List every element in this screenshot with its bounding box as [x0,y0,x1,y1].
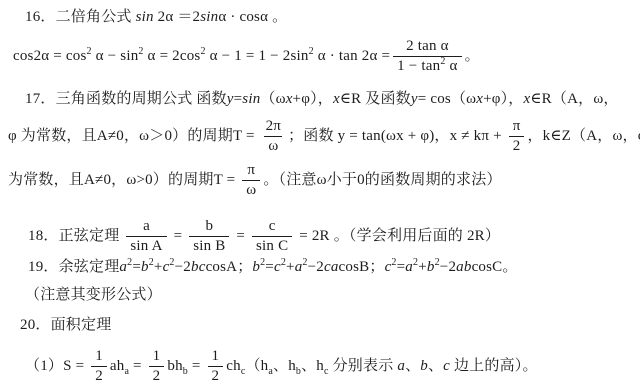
note-line-variant-formulas: （注意其变形公式） [25,286,162,305]
text-run: ah [110,358,125,374]
fraction: 2 tan α1 − tan2 α [393,38,461,76]
fraction-numerator: π [243,162,259,180]
text-run: α − 1 = 1 − 2sin [206,48,309,64]
fraction-denominator: sin B [189,236,229,255]
formula-line-18-law-of-sines: 18．正弦定理 asin A = bsin B = csin C = 2R 。（… [28,218,500,256]
text-run: 1 [212,348,220,364]
text-run: −2 [308,259,324,275]
text-run: α [446,58,458,74]
text-run: π [513,118,521,134]
fraction: 12 [91,348,107,386]
text-run: 为常数，且A≠0，ω>0）的周期T = [8,172,239,188]
text-run: 2 [153,368,161,384]
text-run: ω [246,182,256,198]
text-run: b [205,218,213,234]
text-run: −2 [175,259,191,275]
text-run: 、h [273,358,296,374]
fraction-denominator: 2 [149,366,165,385]
text-run: = [170,228,187,244]
text-run: 20．面积定理 [20,317,111,333]
text-run: = [265,259,274,275]
italic-text-run: y [411,91,418,107]
italic-text-run: sin [136,9,154,25]
text-run: = cos（ω [418,91,476,107]
text-run: 。 [465,48,480,64]
italic-text-run: x [333,91,340,107]
italic-text-run: b [252,259,260,275]
fraction: csin C [252,218,292,256]
italic-text-run: b [427,259,435,275]
text-run: 2π [266,118,281,134]
text-run: α · tan 2α = [314,48,390,64]
text-run: 2 [95,368,103,384]
text-run: 。（注意ω小于0的函数周期的求法） [263,172,501,188]
text-run: a [143,218,150,234]
text-run: sin B [193,238,225,254]
italic-text-run: sin [242,91,260,107]
text-run: 分别表示 [329,358,398,374]
text-run: （1）S = [25,358,88,374]
italic-text-run: c [443,358,450,374]
italic-text-run: a [119,259,127,275]
text-run: + [286,259,295,275]
fraction-numerator: π [509,118,525,136]
fraction-denominator: ω [242,180,260,199]
text-run: 2 [513,138,521,154]
text-run: 19．余弦定理 [28,259,119,275]
text-run: 边上的高）。 [450,358,538,374]
fraction-numerator: 1 [91,348,107,366]
text-run: −2 [440,259,456,275]
text-run: 18．正弦定理 [28,228,123,244]
text-run: ；函数 y = tan(ωx + φ)，x ≠ kπ + [288,128,506,144]
fraction: 12 [149,348,165,386]
text-run: c [269,218,276,234]
text-run: = [132,259,141,275]
fraction-numerator: b [201,218,217,236]
fraction-numerator: 2π [262,118,285,136]
text-run: ∈R（A，ω， [530,91,618,107]
formula-line-17-period-row3: 为常数，且A≠0，ω>0）的周期T = πω。（注意ω小于0的函数周期的求法） [8,162,502,200]
text-run: sin A [130,238,162,254]
text-run: 1 − tan [397,58,440,74]
italic-text-run: ab [456,259,471,275]
fraction: asin A [126,218,166,256]
text-run: φ 为常数，且A≠0，ω＞0）的周期T = [8,128,259,144]
fraction-denominator: 2 [91,366,107,385]
italic-text-run: bc [191,259,206,275]
text-run: α = 2cos [144,48,201,64]
italic-text-run: ca [324,259,339,275]
formula-line-17-period-row2: φ 为常数，且A≠0，ω＞0）的周期T = 2πω；函数 y = tan(ωx … [8,118,640,156]
text-run: cosA； [206,259,253,275]
fraction-denominator: 2 [509,136,525,155]
text-run: = [234,91,243,107]
text-run: sin C [256,238,288,254]
text-run: 2 [212,368,220,384]
text-run: cosC。 [472,259,518,275]
fraction: 2πω [262,118,285,156]
text-run: = [188,358,205,374]
formula-line-cos2a: cos2α = cos2 α − sin2 α = 2cos2 α − 1 = … [13,38,480,76]
fraction-denominator: ω [264,136,282,155]
text-run: = [129,358,146,374]
formula-line-20-1-area: （1）S = 12aha = 12bhb = 12chc（ha、hb、hc 分别… [25,348,538,386]
text-run: （注意其变形公式） [25,287,162,303]
text-run: α − sin [92,48,139,64]
italic-text-run: y [227,91,234,107]
fraction: π2 [509,118,525,156]
formula-line-17-period-row1: 17．三角函数的周期公式 函数y=sin（ωx+φ），x∈R 及函数y= cos… [25,90,619,109]
text-run: = [397,259,406,275]
text-run: + [154,259,163,275]
text-run: 、h [301,358,324,374]
text-run: cosB； [339,259,385,275]
text-run: 16．二倍角公式 [25,9,136,25]
fraction: 12 [208,348,224,386]
text-run: ch [226,358,241,374]
text-run: 1 [153,348,161,364]
document-page: 16．二倍角公式 sin 2α ＝2sinα · cosα 。cos2α = c… [0,0,640,390]
text-run: （h [245,358,268,374]
text-run: = [232,228,249,244]
fraction-denominator: sin A [126,236,166,255]
text-run: ，k∈Z（A，ω，φ [527,128,640,144]
text-run: + [418,259,427,275]
fraction-numerator: c [265,218,280,236]
text-run: +φ）， [483,91,523,107]
text-run: 2α ＝2 [154,9,201,25]
fraction-denominator: sin C [252,236,292,255]
text-run: bh [167,358,182,374]
text-run: +φ）， [293,91,333,107]
text-run: 、 [428,358,443,374]
italic-text-run: a [405,259,413,275]
text-run: （ω [260,91,285,107]
text-run: = 2R 。（学会利用后面的 2R） [295,228,500,244]
text-run: 1 [95,348,103,364]
text-run: π [247,162,255,178]
italic-text-run: a [397,358,405,374]
text-run: 17．三角函数的周期公式 函数 [25,91,227,107]
fraction-numerator: 1 [149,348,165,366]
math-formula-document: 16．二倍角公式 sin 2α ＝2sinα · cosα 。cos2α = c… [0,0,640,390]
fraction: bsin B [189,218,229,256]
text-run: ω [268,138,278,154]
fraction-numerator: 1 [208,348,224,366]
italic-text-run: sin [200,9,218,25]
text-run: cos2α = cos [13,48,87,64]
fraction-numerator: a [139,218,154,236]
fraction: πω [242,162,260,200]
formula-line-16-double-angle: 16．二倍角公式 sin 2α ＝2sinα · cosα 。 [25,8,287,27]
formula-line-20-area-theorem: 20．面积定理 [20,316,111,335]
fraction-denominator: 2 [208,366,224,385]
fraction-denominator: 1 − tan2 α [393,56,461,75]
text-run: 2 tan α [406,38,449,54]
formula-line-19-law-of-cosines: 19．余弦定理a2=b2+c2−2bccosA；b2=c2+a2−2cacosB… [28,258,518,277]
italic-text-run: b [141,259,149,275]
italic-text-run: x [286,91,293,107]
italic-text-run: c [274,259,281,275]
text-run: ∈R 及函数 [340,91,411,107]
text-run: α · cosα 。 [218,9,287,25]
italic-text-run: b [420,358,428,374]
fraction-numerator: 2 tan α [402,38,453,56]
text-run: 、 [405,358,420,374]
